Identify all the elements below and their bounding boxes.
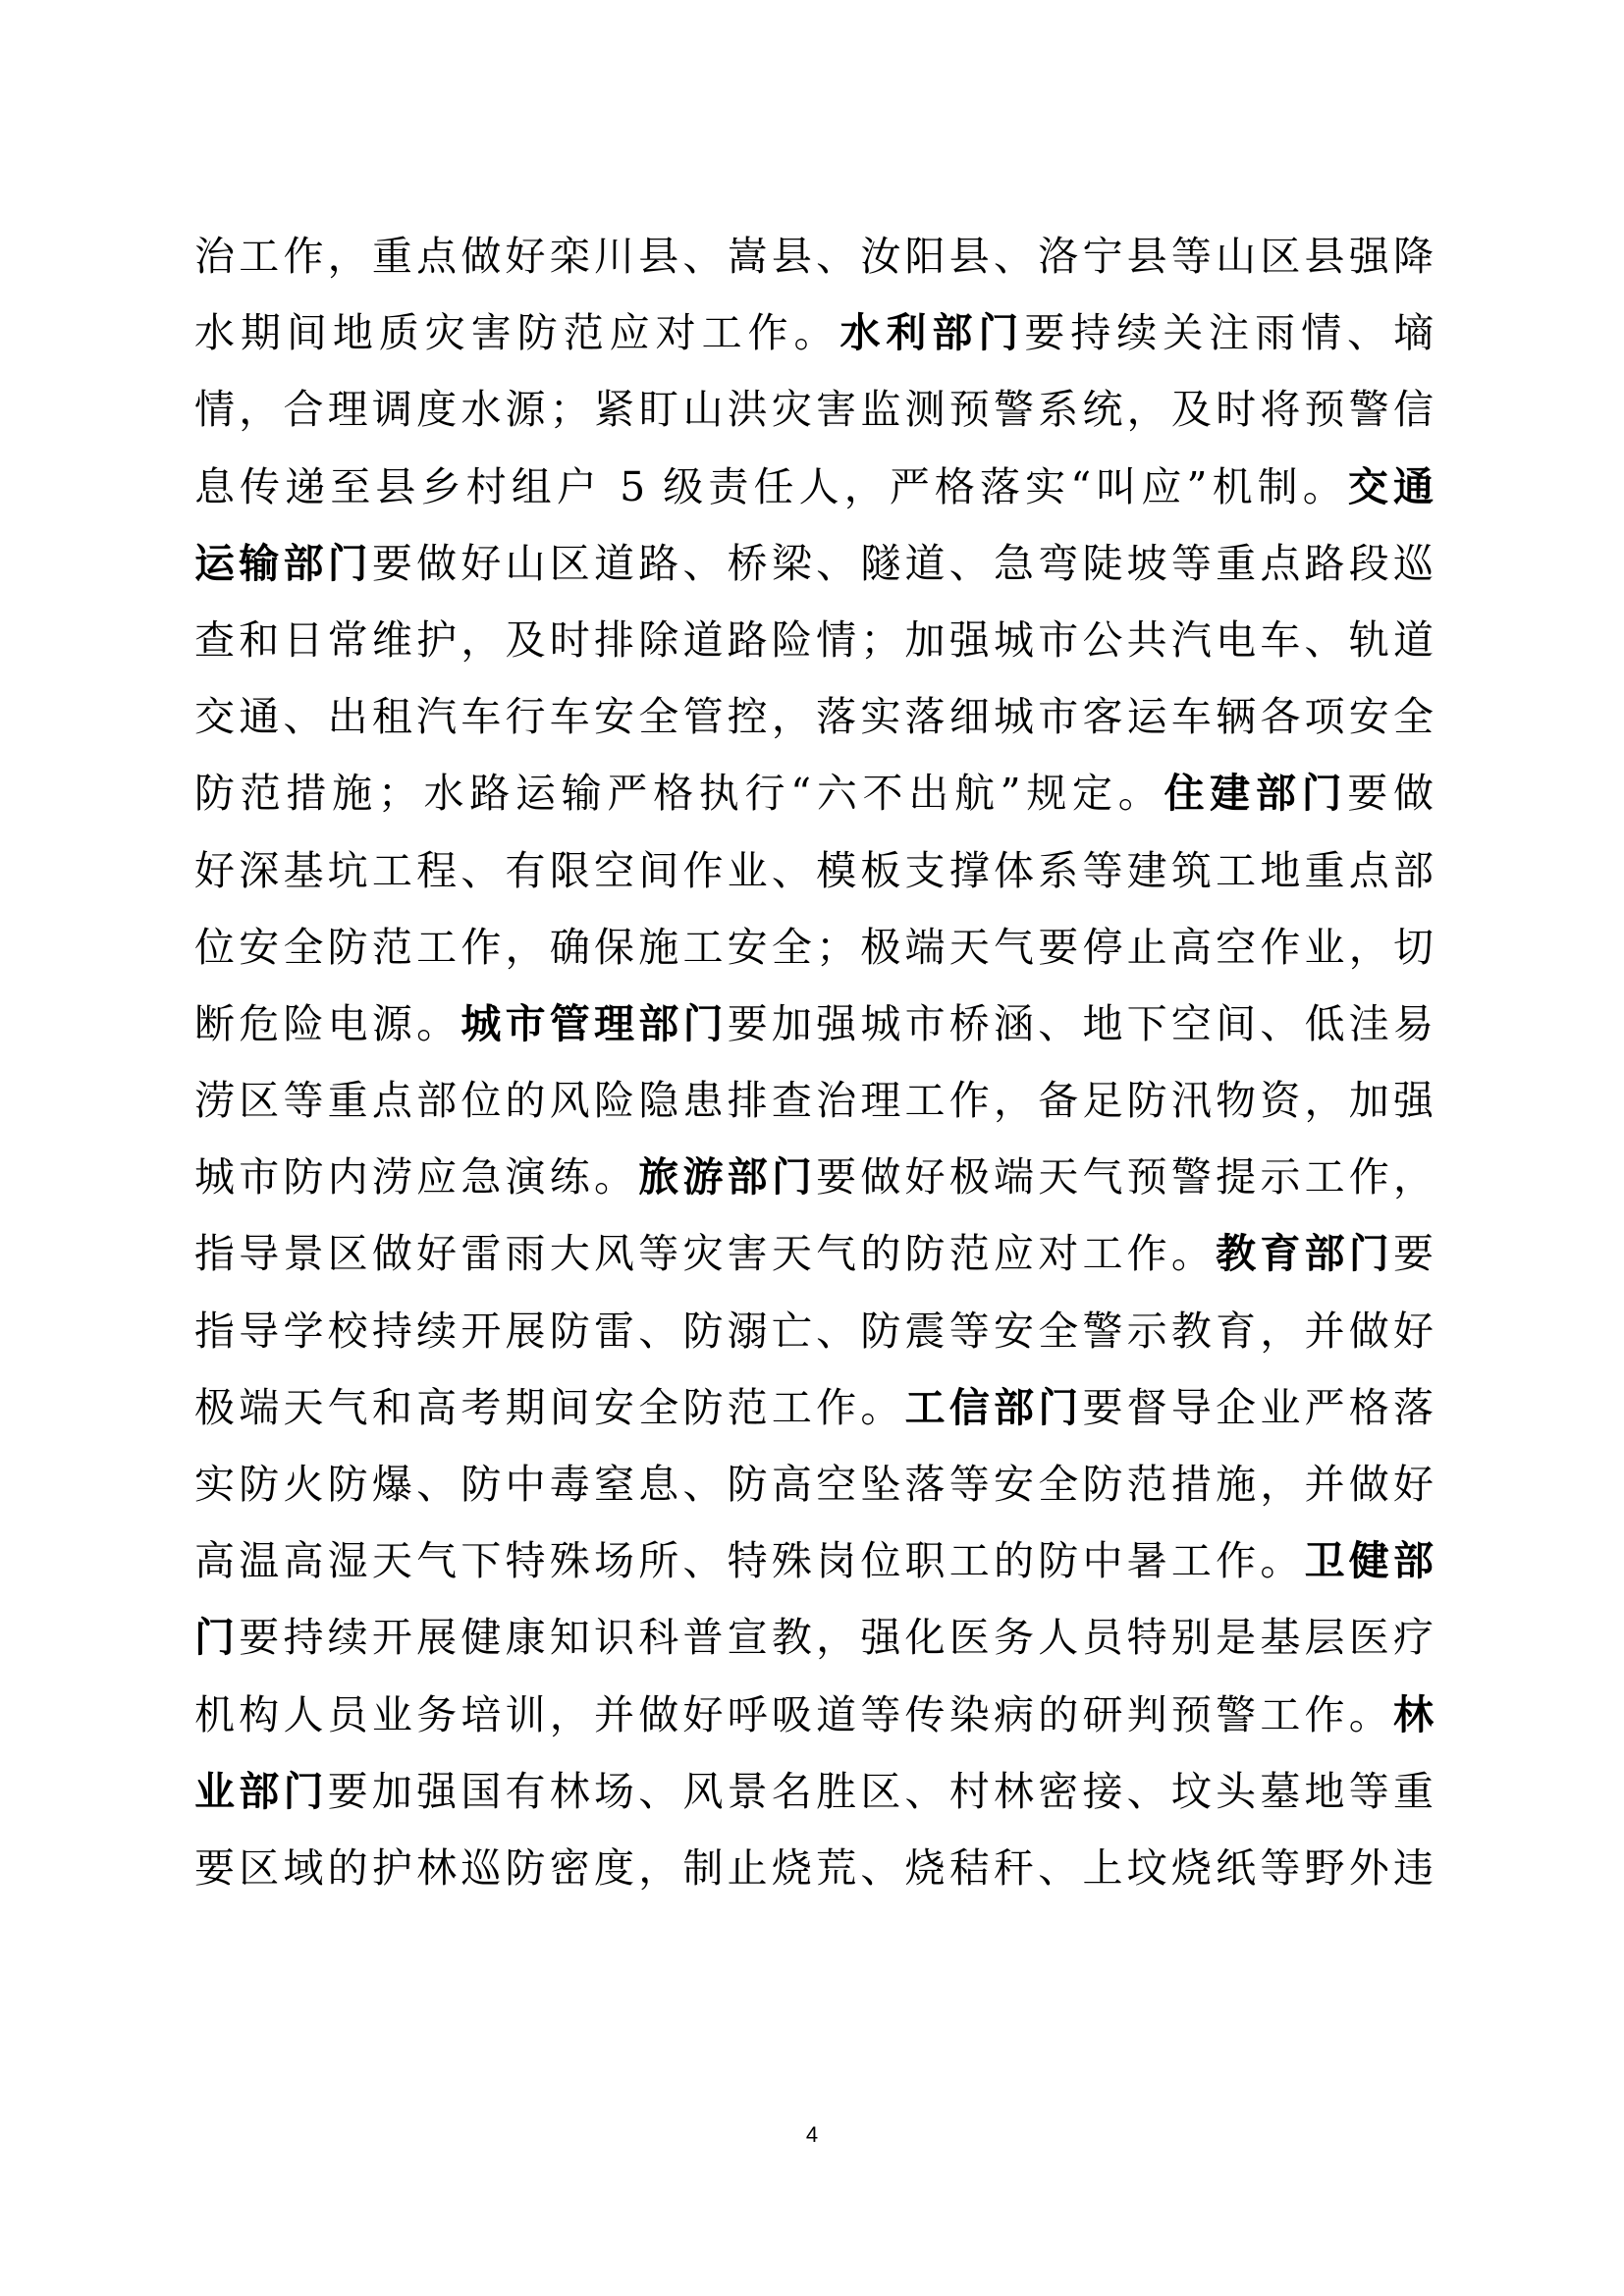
department-name: 水利部门 — [839, 309, 1024, 356]
text-line: 实防火防爆、防中毒窒息、防高空坠落等安全防范措施，并做好 — [194, 1446, 1434, 1522]
text-line: 极端天气和高考期间安全防范工作。工信部门要督导企业严格落 — [194, 1369, 1434, 1446]
text-line: 情，合理调度水源；紧盯山洪灾害监测预警系统，及时将预警信 — [194, 371, 1434, 448]
text-segment: 水期间地质灾害防范应对工作。 — [194, 309, 839, 356]
text-segment: 位安全防范工作，确保施工安全；极端天气要停止高空作业，切 — [194, 924, 1434, 971]
text-line: 查和日常维护，及时排除道路险情；加强城市公共汽电车、轨道 — [194, 602, 1434, 678]
text-segment: 好深基坑工程、有限空间作业、模板支撑体系等建筑工地重点部 — [194, 847, 1434, 894]
text-segment: 要持续开展健康知识科普宣教，强化医务人员特别是基层医疗 — [239, 1614, 1434, 1661]
text-line: 治工作，重点做好栾川县、嵩县、汝阳县、洛宁县等山区县强降 — [194, 218, 1434, 294]
text-segment: 治工作，重点做好栾川县、嵩县、汝阳县、洛宁县等山区县强降 — [194, 233, 1434, 280]
text-line: 位安全防范工作，确保施工安全；极端天气要停止高空作业，切 — [194, 909, 1434, 986]
department-name: 交通 — [1348, 463, 1434, 510]
text-line: 业部门要加强国有林场、风景名胜区、村林密接、坟头墓地等重 — [194, 1753, 1434, 1830]
text-segment: 要做好极端天气预警提示工作， — [816, 1153, 1434, 1201]
text-line: 涝区等重点部位的风险隐患排查治理工作，备足防汛物资，加强 — [194, 1062, 1434, 1139]
department-name: 运输部门 — [194, 540, 372, 587]
text-segment: 交通、出租汽车行车安全管控，落实落细城市客运车辆各项安全 — [194, 693, 1434, 740]
page-number: 4 — [0, 2120, 1624, 2150]
text-segment: 高温高湿天气下特殊场所、特殊岗位职工的防中暑工作。 — [194, 1537, 1305, 1584]
text-line: 机构人员业务培训，并做好呼吸道等传染病的研判预警工作。林 — [194, 1677, 1434, 1753]
department-name: 卫健部 — [1305, 1537, 1434, 1584]
text-segment: 要区域的护林巡防密度，制止烧荒、烧秸秆、上坟烧纸等野外违 — [194, 1844, 1434, 1892]
department-name: 林 — [1393, 1691, 1434, 1738]
text-segment: 指导学校持续开展防雷、防溺亡、防震等安全警示教育，并做好 — [194, 1308, 1434, 1355]
department-name: 旅游部门 — [638, 1153, 816, 1201]
text-segment: 涝区等重点部位的风险隐患排查治理工作，备足防汛物资，加强 — [194, 1077, 1434, 1124]
department-name: 门 — [194, 1614, 239, 1661]
department-name: 住建部门 — [1164, 770, 1347, 817]
text-segment: 要做 — [1347, 770, 1434, 817]
text-line: 水期间地质灾害防范应对工作。水利部门要持续关注雨情、墒 — [194, 294, 1434, 371]
text-segment: 要 — [1393, 1230, 1434, 1277]
text-segment: 要督导企业严格落 — [1082, 1384, 1434, 1431]
text-line: 好深基坑工程、有限空间作业、模板支撑体系等建筑工地重点部 — [194, 832, 1434, 909]
text-line: 城市防内涝应急演练。旅游部门要做好极端天气预警提示工作， — [194, 1139, 1434, 1215]
text-line: 运输部门要做好山区道路、桥梁、隧道、急弯陡坡等重点路段巡 — [194, 525, 1434, 602]
text-line: 交通、出租汽车行车安全管控，落实落细城市客运车辆各项安全 — [194, 678, 1434, 755]
text-line: 要区域的护林巡防密度，制止烧荒、烧秸秆、上坟烧纸等野外违 — [194, 1830, 1434, 1906]
text-line: 高温高湿天气下特殊场所、特殊岗位职工的防中暑工作。卫健部 — [194, 1522, 1434, 1599]
text-segment: 城市防内涝应急演练。 — [194, 1153, 638, 1201]
text-segment: 要持续关注雨情、墒 — [1024, 309, 1434, 356]
text-segment: 极端天气和高考期间安全防范工作。 — [194, 1384, 905, 1431]
text-segment: 防范措施；水路运输严格执行“六不出航”规定。 — [194, 770, 1164, 817]
text-segment: 实防火防爆、防中毒窒息、防高空坠落等安全防范措施，并做好 — [194, 1461, 1434, 1508]
text-segment: 情，合理调度水源；紧盯山洪灾害监测预警系统，及时将预警信 — [194, 386, 1434, 433]
text-segment: 机构人员业务培训，并做好呼吸道等传染病的研判预警工作。 — [194, 1691, 1393, 1738]
body-text: 治工作，重点做好栾川县、嵩县、汝阳县、洛宁县等山区县强降水期间地质灾害防范应对工… — [194, 218, 1434, 1906]
text-segment: 指导景区做好雷雨大风等灾害天气的防范应对工作。 — [194, 1230, 1216, 1277]
text-segment: 断危险电源。 — [194, 1000, 460, 1047]
text-line: 指导学校持续开展防雷、防溺亡、防震等安全警示教育，并做好 — [194, 1293, 1434, 1369]
department-name: 城市管理部门 — [460, 1000, 727, 1047]
text-line: 息传递至县乡村组户 5 级责任人，严格落实“叫应”机制。交通 — [194, 449, 1434, 525]
department-name: 业部门 — [194, 1768, 328, 1815]
department-name: 工信部门 — [905, 1384, 1083, 1431]
text-segment: 要加强城市桥涵、地下空间、低洼易 — [728, 1000, 1434, 1047]
department-name: 教育部门 — [1216, 1230, 1393, 1277]
document-page: 治工作，重点做好栾川县、嵩县、汝阳县、洛宁县等山区县强降水期间地质灾害防范应对工… — [0, 0, 1624, 2296]
text-line: 断危险电源。城市管理部门要加强城市桥涵、地下空间、低洼易 — [194, 986, 1434, 1062]
text-segment: 息传递至县乡村组户 5 级责任人，严格落实“叫应”机制。 — [194, 463, 1348, 510]
text-segment: 要加强国有林场、风景名胜区、村林密接、坟头墓地等重 — [328, 1768, 1434, 1815]
text-line: 指导景区做好雷雨大风等灾害天气的防范应对工作。教育部门要 — [194, 1215, 1434, 1292]
text-line: 门要持续开展健康知识科普宣教，强化医务人员特别是基层医疗 — [194, 1599, 1434, 1676]
text-segment: 要做好山区道路、桥梁、隧道、急弯陡坡等重点路段巡 — [372, 540, 1434, 587]
text-line: 防范措施；水路运输严格执行“六不出航”规定。住建部门要做 — [194, 755, 1434, 831]
text-segment: 查和日常维护，及时排除道路险情；加强城市公共汽电车、轨道 — [194, 616, 1434, 664]
